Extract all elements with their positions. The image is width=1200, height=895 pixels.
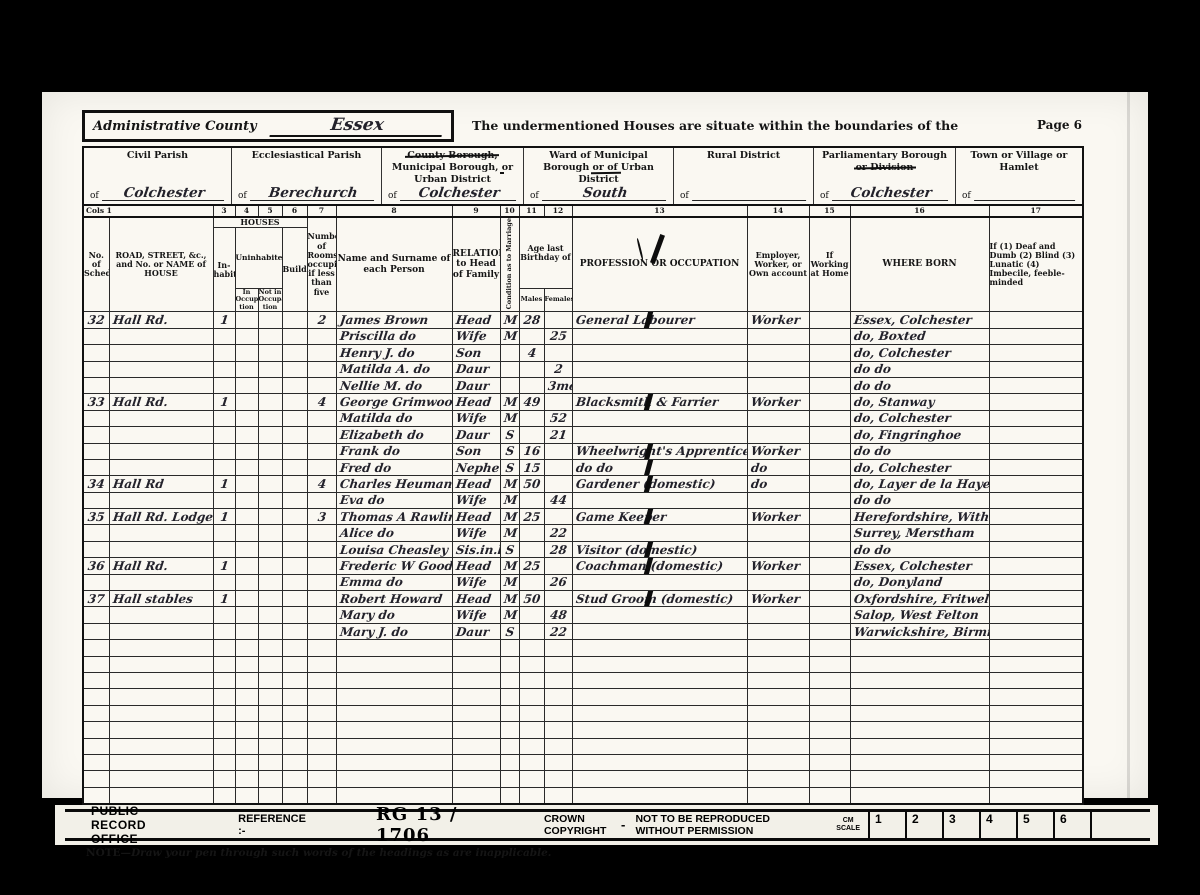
cell-name [336,705,452,721]
col-num: 9 [452,205,500,217]
cell-rooms [307,525,336,541]
cell-home [809,607,850,623]
cell-employer [747,738,809,754]
cell-text: Hall Rd. [109,560,213,572]
cell-age_f [544,640,572,656]
cell-text: M [500,314,519,326]
label-part: Rural District [707,150,780,161]
cell-schedule [83,459,109,475]
district-header-row: Civil Parish of Colchester Ecclesiastica… [82,146,1084,204]
cell-infirmity [989,394,1083,410]
cell-text: Hall stables [109,593,213,605]
cell-relation [452,656,500,672]
cell-road [109,525,213,541]
cell-text: Frank do [336,445,452,457]
cell-text: 22 [544,527,572,539]
cell-text: Wife [452,330,500,342]
cell-road [109,492,213,508]
label-part: Civil Parish [127,150,188,161]
cell-in_occ [235,328,258,344]
cell-road: Hall Rd. [109,312,213,328]
cell-text: do [747,462,809,474]
cell-rooms [307,410,336,426]
cell-cond [500,705,519,721]
cell-inhabited [213,640,235,656]
cell-text: 37 [83,593,109,605]
cell-age_m [519,492,544,508]
census-row: Emma doWifeM26do, Donyland [83,574,1083,590]
cell-rooms: 4 [307,394,336,410]
cell-age_f: 21 [544,427,572,443]
cell-age_f: 3mo [544,377,572,393]
cell-inhabited [213,722,235,738]
cell-schedule: 36 [83,558,109,574]
cell-age_m [519,640,544,656]
cell-home [809,541,850,557]
cell-infirmity [989,377,1083,393]
cell-road [109,607,213,623]
cell-road [109,328,213,344]
cell-born [850,787,989,803]
cell-text: Wife [452,494,500,506]
scale-box: 4 [981,810,1018,840]
cell-schedule: 37 [83,591,109,607]
cell-rooms [307,754,336,770]
cell-cond [500,672,519,688]
cell-building [282,443,307,459]
cell-age_f [544,656,572,672]
public-record-office-label: PUBLIC RECORD OFFICE [91,804,190,846]
census-row: Fred doNephewS15do dododo, Colchester [83,459,1083,475]
cell-employer [747,328,809,344]
cell-age_f [544,738,572,754]
cell-relation: Son [452,443,500,459]
cell-home [809,771,850,787]
cell-text: do do [572,462,747,474]
cell-text: Worker [747,593,809,605]
cell-employer [747,607,809,623]
cell-text: 33 [83,396,109,408]
district-entry: of Colchester [818,186,951,201]
cell-text: do, Boxted [850,330,989,342]
cell-text: Mary do [336,609,452,621]
cell-text: Robert Howard [336,593,452,605]
cell-rooms [307,607,336,623]
cell-text: 35 [83,511,109,523]
cell-schedule [83,361,109,377]
cell-in_occ [235,689,258,705]
header-building: Building [282,227,307,311]
cell-text: do do [850,494,989,506]
cell-road [109,689,213,705]
cell-text: Warwickshire, Birmingham [850,626,989,638]
cell-inhabited: 1 [213,591,235,607]
cell-building [282,705,307,721]
cell-profession: Gardener (domestic) [572,476,747,492]
cell-rooms [307,787,336,803]
cell-building [282,574,307,590]
cell-text: Visitor (domestic) [572,544,747,556]
cell-building [282,394,307,410]
cell-inhabited [213,607,235,623]
cell-building [282,771,307,787]
district-label: Parliamentary Borough or Division [818,150,951,174]
district-town-village: Town or Village or Hamlet of [956,148,1082,204]
cell-age_f [544,312,572,328]
cell-text: Head [452,593,500,605]
cell-age_f [544,771,572,787]
cell-text: 4 [307,396,336,408]
cell-age_f [544,689,572,705]
cell-text: 1 [213,478,235,490]
cell-schedule [83,623,109,639]
cell-relation [452,738,500,754]
cell-relation [452,705,500,721]
cell-profession [572,672,747,688]
cell-in_occ [235,607,258,623]
cell-inhabited [213,377,235,393]
district-label: Civil Parish [88,150,227,162]
cell-profession [572,607,747,623]
cell-in_occ [235,591,258,607]
crown-copyright-label: CROWN COPYRIGHT [544,813,611,837]
cell-not_occ [258,443,282,459]
header-females: Females [544,288,572,311]
cell-not_occ [258,394,282,410]
cell-relation: Wife [452,607,500,623]
cell-infirmity [989,771,1083,787]
cell-name [336,738,452,754]
cell-age_m [519,361,544,377]
label-part: Municipal Borough, [392,162,502,173]
cell-not_occ [258,705,282,721]
cell-building [282,738,307,754]
cell-employer [747,525,809,541]
cell-born: Herefordshire, Withington [850,509,989,525]
col-num: 10 [500,205,519,217]
cell-schedule [83,377,109,393]
cell-schedule [83,574,109,590]
cell-text: 28 [544,544,572,556]
census-row [83,640,1083,656]
district-entry: of Colchester [88,186,227,201]
cell-infirmity [989,754,1083,770]
cell-rooms [307,574,336,590]
cell-age_m [519,722,544,738]
cell-infirmity [989,509,1083,525]
cell-text: Hall Rd. [109,314,213,326]
cell-text: 49 [519,396,544,408]
cell-text: S [500,462,519,474]
cell-profession [572,328,747,344]
cell-in_occ [235,476,258,492]
cell-text: 25 [544,330,572,342]
cm-label-line1: CM [843,817,854,824]
cell-name [336,787,452,803]
cell-born: do, Donyland [850,574,989,590]
cell-profession [572,689,747,705]
cell-inhabited [213,525,235,541]
census-row [83,689,1083,705]
cell-schedule [83,410,109,426]
cell-not_occ [258,640,282,656]
cell-text: 1 [213,396,235,408]
cell-home [809,361,850,377]
cm-scale: CM SCALE 1 2 3 4 5 6 [836,810,1150,840]
scale-box: 5 [1018,810,1055,840]
header-males: Males [519,288,544,311]
cell-home [809,640,850,656]
cell-text: S [500,445,519,457]
cell-text: do, Colchester [850,412,989,424]
cell-text: Head [452,511,500,523]
cell-employer [747,787,809,803]
district-ecclesiastical-parish: Ecclesiastical Parish of Berechurch [232,148,382,204]
of-prefix: of [238,191,247,201]
cell-relation [452,754,500,770]
cell-born: do, Fingringhoe [850,427,989,443]
cell-infirmity [989,689,1083,705]
cell-text: Worker [747,445,809,457]
cell-schedule [83,640,109,656]
cell-born [850,640,989,656]
cell-text: 3 [307,511,336,523]
cell-text: Eva do [336,494,452,506]
cell-age_f [544,345,572,361]
cell-inhabited [213,689,235,705]
reference-value: RG 13 / 1706 [376,804,466,846]
cell-infirmity [989,312,1083,328]
cell-in_occ [235,492,258,508]
cell-road [109,623,213,639]
cell-text: Daur [452,363,500,375]
cm-scale-label: CM SCALE [836,817,860,834]
cell-in_occ [235,705,258,721]
cell-cond: M [500,312,519,328]
cell-schedule [83,525,109,541]
cell-text: 25 [519,511,544,523]
district-entry: of [678,187,809,201]
header-in-occupation: In Occupa- tion [235,288,258,311]
cell-rooms [307,443,336,459]
census-row: 36Hall Rd.1Frederic W GoodchildHeadM25Co… [83,558,1083,574]
cell-age_m [519,607,544,623]
cell-text: 2 [307,314,336,326]
cell-building [282,689,307,705]
cell-schedule: 33 [83,394,109,410]
cell-text: Mary J. do [336,626,452,638]
cell-born [850,672,989,688]
cell-cond [500,640,519,656]
cell-born: do, Boxted [850,328,989,344]
cell-age_m: 25 [519,509,544,525]
cell-text: 52 [544,412,572,424]
reference-bar: PUBLIC RECORD OFFICE REFERENCE :- RG 13 … [65,809,1150,841]
cell-home [809,656,850,672]
col-num: 6 [282,205,307,217]
cell-home [809,394,850,410]
cell-born: Essex, Colchester [850,312,989,328]
cell-infirmity [989,672,1083,688]
col-num: 17 [989,205,1083,217]
cell-relation: Daur [452,427,500,443]
census-table-body: 32Hall Rd.12James BrownHeadM28General La… [83,312,1083,804]
cell-text: Thomas A Rawlings [336,511,452,523]
cell-text: Elizabeth do [336,429,452,441]
col-num: 13 [572,205,747,217]
cell-born: do do [850,377,989,393]
cell-road [109,443,213,459]
cell-employer [747,492,809,508]
cell-text: Son [452,445,500,457]
cell-name: Charles Heuman [336,476,452,492]
cell-cond: M [500,574,519,590]
cell-in_occ [235,672,258,688]
census-table: Cols 1 3 4 5 6 7 8 9 10 11 12 13 14 15 [82,204,1084,844]
cell-age_f: 26 [544,574,572,590]
cell-born: do, Colchester [850,459,989,475]
cell-cond: M [500,509,519,525]
cell-in_occ [235,427,258,443]
cell-not_occ [258,541,282,557]
cell-home [809,410,850,426]
cell-home [809,689,850,705]
cell-cond: M [500,558,519,574]
district-label: Ecclesiastical Parish [236,150,377,162]
cell-cond: M [500,410,519,426]
cell-born: do do [850,443,989,459]
district-value [692,187,808,201]
cell-inhabited [213,427,235,443]
cell-inhabited: 1 [213,558,235,574]
cell-born [850,705,989,721]
label-part: Ecclesiastical Parish [252,150,362,161]
district-label: Rural District [678,150,809,162]
cell-rooms: 4 [307,476,336,492]
cell-relation: Head [452,312,500,328]
cell-text: do do [850,380,989,392]
cell-relation [452,640,500,656]
col-num: 15 [809,205,850,217]
cell-text: M [500,560,519,572]
cell-relation: Wife [452,525,500,541]
cell-age_m: 50 [519,591,544,607]
cell-text: M [500,396,519,408]
cell-text: James Brown [336,314,452,326]
cell-relation: Nephew [452,459,500,475]
header-rooms: Number of Rooms occupied if less than fi… [307,217,336,312]
cell-name: George Grimwood [336,394,452,410]
administrative-county-label: Administrative County [93,119,257,134]
census-row: Nellie M. doDaur3modo do [83,377,1083,393]
cell-text: Worker [747,314,809,326]
of-prefix: of [388,191,397,201]
cell-text: 1 [213,593,235,605]
cell-not_occ [258,361,282,377]
cell-text: 50 [519,593,544,605]
cell-relation [452,722,500,738]
cell-home [809,623,850,639]
cell-age_m [519,377,544,393]
cell-text: Nephew [452,462,500,474]
cell-rooms [307,689,336,705]
cell-text: Frederic W Goodchild [336,560,452,572]
cell-age_m [519,705,544,721]
cell-home [809,525,850,541]
cell-employer [747,541,809,557]
cell-schedule: 34 [83,476,109,492]
cell-text: Sis.in.law [452,544,500,556]
cell-in_occ [235,394,258,410]
cell-profession: Visitor (domestic) [572,541,747,557]
cell-in_occ [235,345,258,361]
cell-in_occ [235,509,258,525]
cell-building [282,558,307,574]
cell-employer: Worker [747,591,809,607]
cell-name: Priscilla do [336,328,452,344]
cell-in_occ [235,640,258,656]
cell-age_m [519,541,544,557]
cell-infirmity [989,738,1083,754]
scale-box: 1 [870,810,907,840]
cell-profession: do do [572,459,747,475]
cell-profession [572,656,747,672]
cell-profession [572,754,747,770]
cell-text: Head [452,314,500,326]
header-road: ROAD, STREET, &c., and No. or NAME of HO… [109,217,213,312]
census-row: 33Hall Rd.14George GrimwoodHeadM49Blacks… [83,394,1083,410]
cell-home [809,738,850,754]
cell-age_f [544,672,572,688]
col-num: 12 [544,205,572,217]
cell-born: do do [850,361,989,377]
cell-age_f: 25 [544,328,572,344]
of-prefix: of [962,191,971,201]
cell-rooms [307,541,336,557]
cell-schedule [83,443,109,459]
cell-road [109,656,213,672]
cell-name: Mary do [336,607,452,623]
census-row: Henry J. doSon4do, Colchester [83,345,1083,361]
cell-text: Charles Heuman [336,478,452,490]
cell-rooms [307,361,336,377]
scale-box: 2 [907,810,944,840]
cell-text: Wife [452,527,500,539]
cell-text: Surrey, Merstham [850,527,989,539]
cell-text: do, Colchester [850,462,989,474]
cell-home [809,591,850,607]
cell-born [850,722,989,738]
cell-age_m: 25 [519,558,544,574]
cell-text: M [500,330,519,342]
cell-born: do do [850,541,989,557]
cell-text: Wife [452,609,500,621]
cell-in_occ [235,574,258,590]
cell-not_occ [258,525,282,541]
cell-rooms [307,738,336,754]
cell-age_m [519,771,544,787]
census-row: Eva doWifeM44do do [83,492,1083,508]
cell-text: M [500,494,519,506]
cell-road [109,754,213,770]
cell-text: do, Layer de la Haye [850,478,989,490]
cell-rooms [307,672,336,688]
cell-age_f: 48 [544,607,572,623]
cell-text: Daur [452,626,500,638]
cell-text: Nellie M. do [336,380,452,392]
district-parliamentary: Parliamentary Borough or Division of Col… [814,148,956,204]
cell-not_occ [258,427,282,443]
